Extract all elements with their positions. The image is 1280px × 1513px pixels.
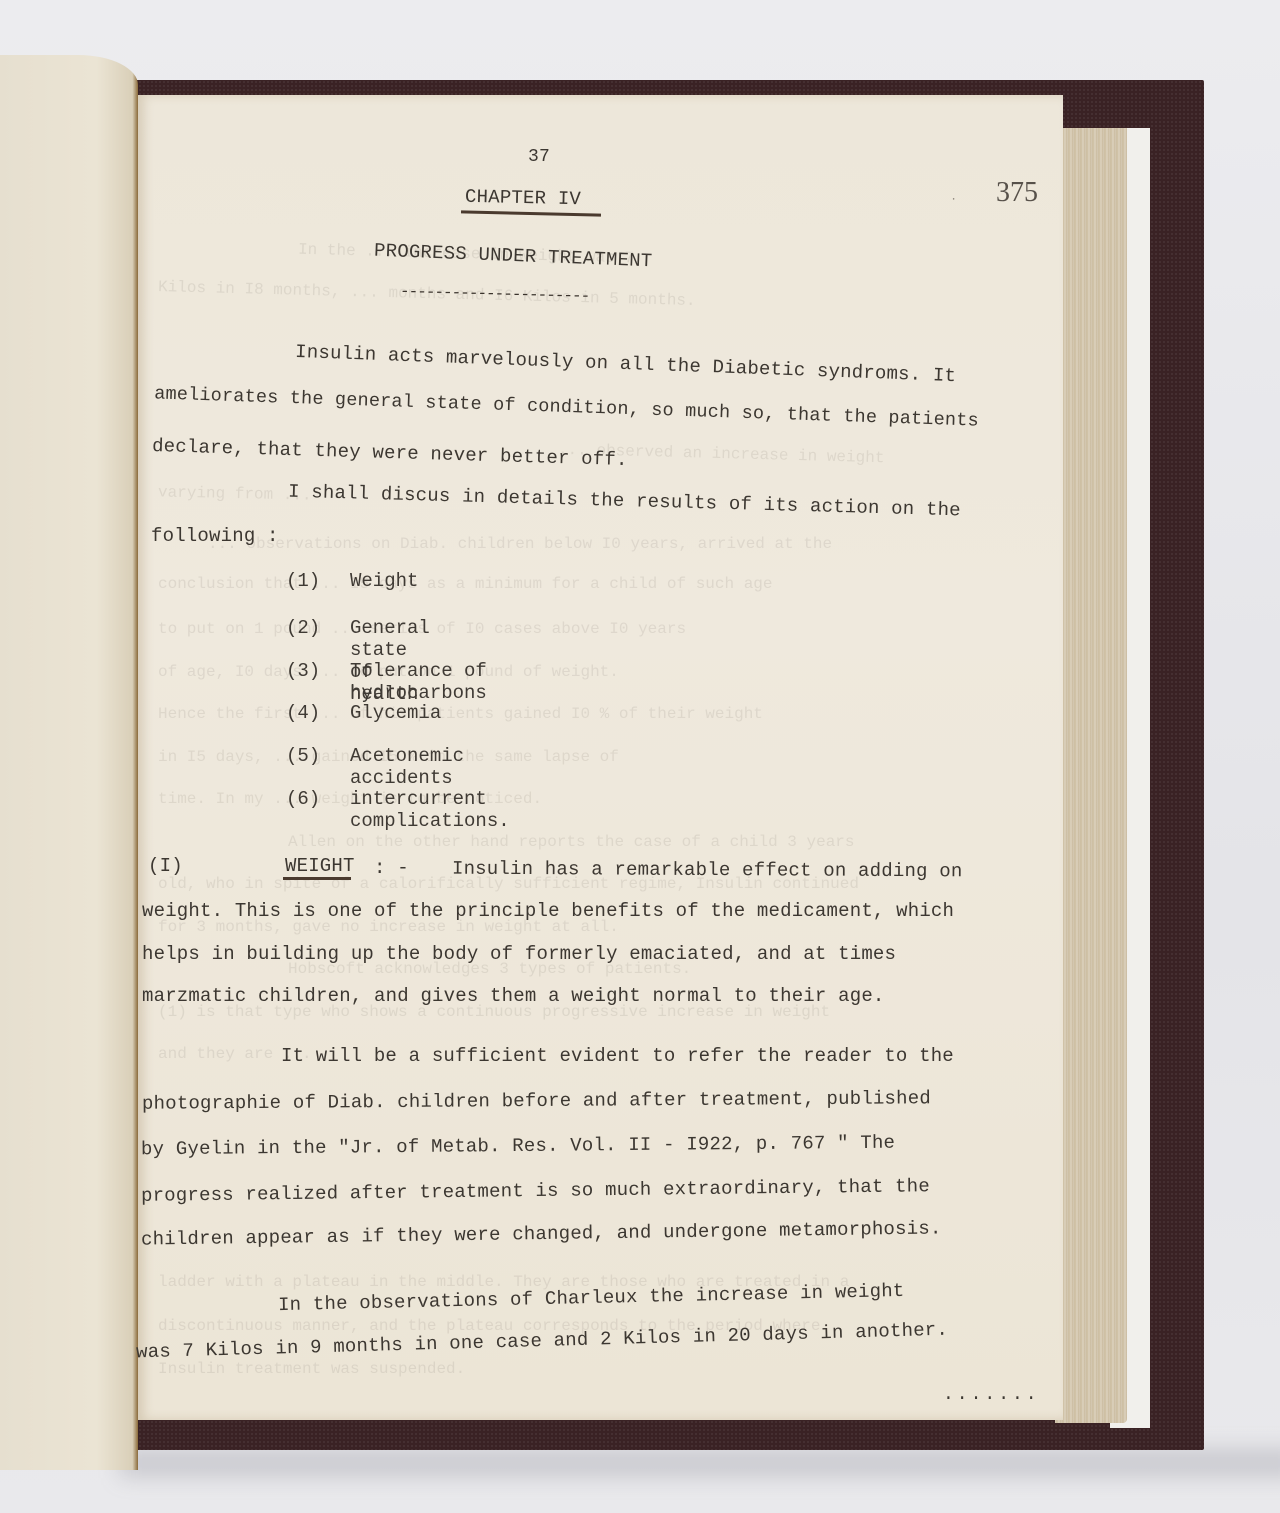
- weight-heading: WEIGHT: [285, 855, 355, 877]
- folio-number: 375: [996, 177, 1038, 209]
- page-stack-edge: [1055, 128, 1127, 1423]
- bleed-line: Insulin treatment was suspended.: [158, 1360, 465, 1378]
- weight-line: marzmatic children, and gives them a wei…: [142, 985, 885, 1007]
- list-label: intercurrent complications.: [350, 788, 510, 832]
- right-page: In the ... increase in weight was 7 Kilo…: [138, 95, 1063, 1420]
- intro-line: ameliorates the general state of conditi…: [154, 383, 979, 431]
- intro-line: Insulin acts marvelously on all the Diab…: [295, 341, 957, 387]
- book-shadow: [120, 1448, 1280, 1478]
- photo-line: by Gyelin in the "Jr. of Metab. Res. Vol…: [141, 1132, 895, 1161]
- folio-mark: ⸳: [952, 188, 955, 205]
- section-title: PROGRESS UNDER TREATMENT: [374, 240, 653, 273]
- list-label: Weight: [350, 570, 418, 592]
- weight-separator: : -: [374, 857, 409, 879]
- bleed-line: ... observations on Diab. children below…: [208, 535, 832, 553]
- photo-line: children appear as if they were changed,…: [141, 1217, 942, 1250]
- photo-line: It will be a sufficient evident to refer…: [281, 1045, 954, 1067]
- weight-line: Insulin has a remarkable effect on addin…: [452, 858, 963, 883]
- list-number: (1): [286, 570, 320, 592]
- chapter-underline: [461, 210, 601, 216]
- discuss-line: following :: [151, 525, 279, 547]
- page-number: 37: [528, 147, 550, 167]
- list-number: (6): [286, 788, 320, 810]
- photo-line: photographie of Diab. children before an…: [142, 1087, 931, 1115]
- list-label: Tolerance of hydrocarbons: [350, 660, 487, 704]
- chapter-heading: CHAPTER IV: [465, 186, 581, 210]
- bleed-line: conclusion that ... I5 days as a minimum…: [158, 575, 773, 593]
- weight-line: helps in building up the body of formerl…: [142, 943, 896, 965]
- list-number: (5): [286, 745, 320, 767]
- list-label: Glycemia: [350, 702, 441, 724]
- continuation-dots: .......: [943, 1385, 1040, 1405]
- weight-underline: [283, 877, 351, 880]
- weight-line: weight. This is one of the principle ben…: [142, 900, 954, 922]
- left-page: [0, 55, 138, 1470]
- list-number: (4): [286, 702, 320, 724]
- list-number: (3): [286, 660, 320, 682]
- bleed-line: Hence the first ... of his patients gain…: [158, 705, 763, 723]
- photo-line: progress realized after treatment is so …: [141, 1175, 930, 1207]
- discuss-line: I shall discus in details the results of…: [288, 481, 961, 522]
- intro-line: declare, that they were never better off…: [152, 435, 628, 471]
- list-label: Acetonemic accidents: [350, 745, 464, 789]
- section-marker: (I): [148, 855, 183, 877]
- bleed-line: Allen on the other hand reports the case…: [288, 833, 855, 851]
- list-number: (2): [286, 617, 320, 639]
